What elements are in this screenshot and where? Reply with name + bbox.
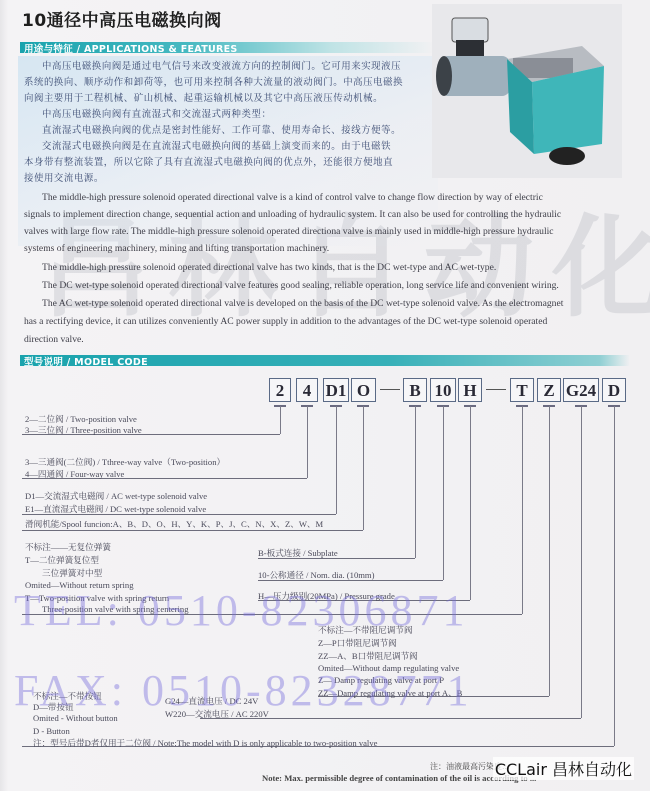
en-paragraph-line: signals to implement direction change, s… — [24, 209, 561, 220]
product-photo — [432, 4, 622, 178]
legend-mounting: B-板式连接 / Subplate — [258, 547, 338, 559]
section-header-model-code: 型号说明 / MODEL CODE — [20, 355, 630, 366]
code-stem — [581, 406, 582, 718]
leader-line — [22, 530, 363, 531]
legend-button-note: 注：型号后带D者仅用于二位阀 / Note:The model with D i… — [33, 737, 377, 749]
code-separator — [380, 389, 400, 390]
code-stem — [443, 406, 444, 580]
code-stem — [307, 406, 308, 478]
code-segment-damping: Z — [537, 378, 561, 402]
code-segment-button: D — [602, 378, 626, 402]
en-paragraph-line: valves with large flow rate. The middle-… — [24, 226, 554, 237]
legend-ways-3: 3—三通阀(二位阀) / Tthree-way valve（Two-positi… — [25, 456, 225, 468]
code-segment-pressure: H — [458, 378, 482, 402]
legend-positions-3: 3—三位阀 / Three-position valve — [25, 424, 142, 436]
cn-paragraph-line: 直流湿式电磁换向阀的优点是密封性能好、工作可靠、使用寿命长、接线方便等。 — [42, 122, 401, 136]
code-segment-voltage: G24 — [563, 378, 599, 402]
section-header-applications: 用途与特征 / APPLICATIONS & FEATURES — [20, 42, 435, 53]
en-paragraph-line: has a rectifying device, it can utilizes… — [24, 316, 547, 327]
code-stem — [280, 406, 281, 434]
page-title: 10通径中高压电磁换向阀 — [22, 6, 222, 31]
cn-paragraph-line: 中高压电磁换向阀是通过电气信号来改变液流方向的控制阀门。它可用来实现液压 — [42, 58, 401, 72]
en-paragraph-line: direction valve. — [24, 334, 84, 345]
en-paragraph-line: The middle-high pressure solenoid operat… — [42, 192, 543, 203]
en-paragraph-line: systems of engineering machinery, mining… — [24, 243, 329, 254]
code-segment-positions: 2 — [269, 378, 291, 402]
legend-ways-4: 4—四通阀 / Four-way valve — [25, 468, 124, 480]
legend-spring-cn: 不标注——无复位弹簧 — [25, 541, 111, 553]
code-separator — [486, 389, 506, 390]
cn-paragraph-line: 本身带有整流装置，所以它除了具有直流湿式电磁换向阀的优点外，还能很方便地直 — [24, 154, 393, 168]
cn-paragraph-line: 系统的换向、顺序动作和卸荷等，也可用来控制各种大流量的液动阀门。中高压电磁换 — [24, 74, 403, 88]
section-header-model-code-label: 型号说明 / MODEL CODE — [24, 354, 148, 368]
code-stem — [549, 406, 550, 696]
tel-watermark: TEL: 0510-82306871 — [14, 585, 469, 636]
section-header-applications-label: 用途与特征 / APPLICATIONS & FEATURES — [24, 41, 238, 55]
legend-spool-function: 滑阀机能/Spool funcion:A、B、D、O、H、Y、K、P、J、C、N… — [25, 518, 323, 530]
code-segment-ways: 4 — [296, 378, 318, 402]
en-paragraph-line: The AC wet-type solenoid operated direct… — [42, 298, 563, 309]
en-paragraph-line: The middle-high pressure solenoid operat… — [42, 262, 496, 273]
cn-paragraph-line: 中高压电磁换向阀有直流湿式和交流湿式两种类型： — [42, 106, 271, 120]
cn-paragraph-line: 向阀主要用于工程机械、矿山机械、起重运输机械以及其它中高压液压传动机械。 — [24, 90, 383, 104]
code-segment-spool: O — [351, 378, 376, 402]
legend-damping: ZZ—A、B口带阻尼调节阀 — [318, 650, 418, 662]
code-stem — [336, 406, 337, 514]
code-stem — [522, 406, 523, 614]
legend-spring-cn: T—二位弹簧复位型 — [25, 554, 99, 566]
code-segment-spring: T — [510, 378, 534, 402]
code-stem — [470, 406, 471, 600]
cn-paragraph-line: 接使用交流电源。 — [24, 170, 104, 184]
solenoid-valve-photo-icon — [432, 4, 622, 178]
code-segment-mounting: B — [403, 378, 427, 402]
code-stem — [614, 406, 615, 746]
code-segment-solenoid: D1 — [323, 378, 349, 402]
fax-watermark: FAX: 0510-82328771 — [14, 665, 473, 716]
en-paragraph-line: The DC wet-type solenoid operated direct… — [42, 280, 559, 291]
legend-button: D - Button — [33, 726, 70, 736]
code-segment-diameter: 10 — [430, 378, 456, 402]
code-stem — [415, 406, 416, 558]
brand-logo: CCLair 昌林自动化 — [493, 757, 634, 780]
legend-spring-cn: 三位弹簧对中型 — [42, 567, 102, 579]
cn-paragraph-line: 交流湿式电磁换向阀是在直流湿式电磁换向阀的基础上演变而来的。由于电磁铁 — [42, 138, 391, 152]
legend-diameter: 10-公称通径 / Nom. dia. (10mm) — [258, 569, 374, 581]
legend-solenoid-ac: D1—交流湿式电磁阀 / AC wet-type solenoid valve — [25, 490, 207, 502]
catalog-page: 昌林自动化 10通径中高压电磁换向阀 用途与特征 / APPLICATIONS … — [0, 0, 650, 791]
code-stem — [363, 406, 364, 530]
legend-solenoid-dc: E1—直流湿式电磁阀 / DC wet-type solenoid valve — [25, 503, 206, 515]
legend-damping: Z—P口带阻尼调节阀 — [318, 637, 397, 649]
